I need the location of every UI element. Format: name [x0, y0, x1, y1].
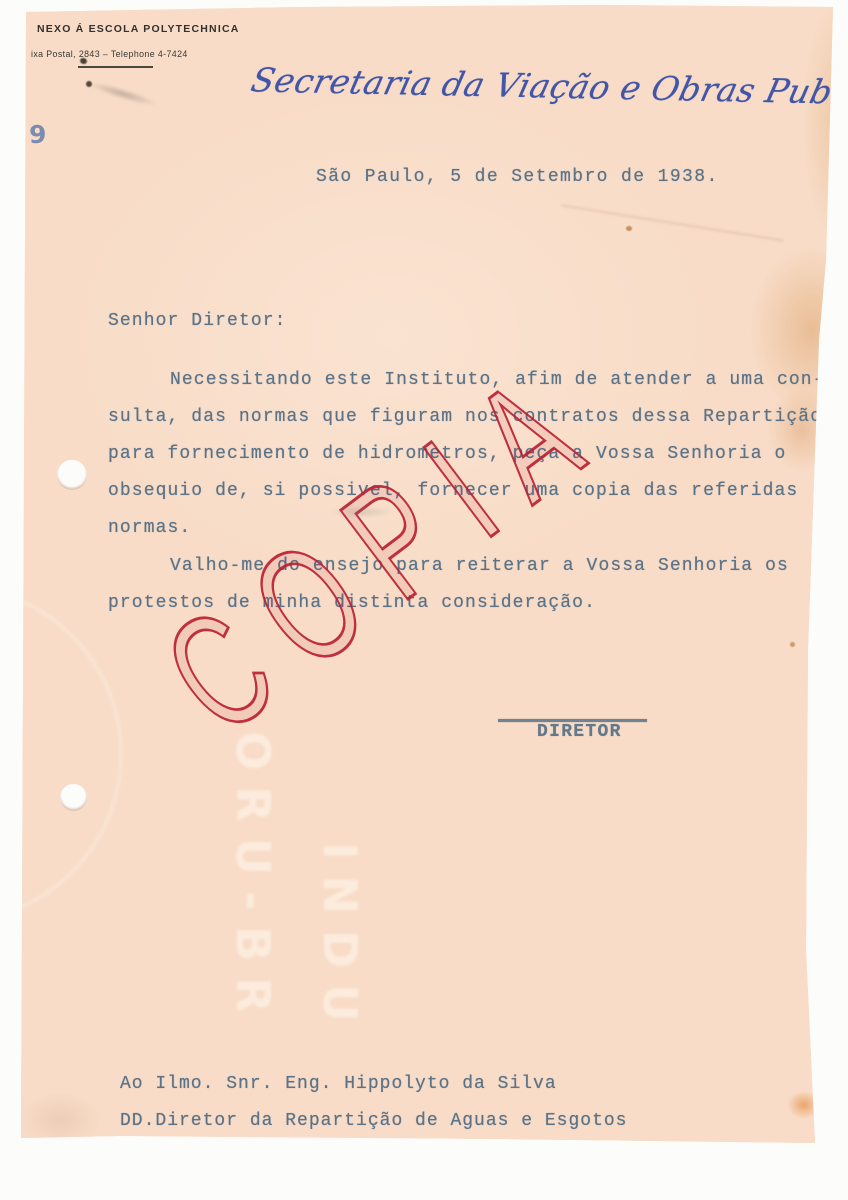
- punch-hole-top: [57, 460, 87, 490]
- body-line: normas.: [108, 518, 191, 538]
- signature-title: DIRETOR: [537, 722, 622, 742]
- erasure-mark: [326, 505, 396, 519]
- dateline: São Paulo, 5 de Setembro de 1938.: [316, 167, 719, 187]
- letterhead-rule: [78, 66, 153, 68]
- addressee-line1: Ao Ilmo. Snr. Eng. Hippolyto da Silva: [120, 1074, 557, 1094]
- letterhead-line2: ixa Postal, 2843 – Telephone 4-7424: [31, 49, 188, 59]
- scanned-letter: ORU-BR INDU NEXO Á ESCOLA POLYTECHNICA i…: [0, 0, 848, 1200]
- handwritten-heading: Secretaria da Viação e Obras Publicas: [248, 60, 797, 110]
- pencil-smudge: [83, 77, 163, 112]
- paper-watermark-arc: [0, 585, 123, 923]
- salutation: Senhor Diretor:: [108, 311, 287, 331]
- paper-crease: [561, 204, 784, 241]
- copia-stamp-text: COPIA: [133, 326, 637, 770]
- staple-mark: [86, 81, 92, 87]
- letter-page: ORU-BR INDU NEXO Á ESCOLA POLYTECHNICA i…: [0, 0, 848, 1200]
- page-number: 9: [29, 120, 46, 149]
- foxing-spot: [790, 642, 795, 647]
- addressee-line2: DD.Diretor da Repartição de Aguas e Esgo…: [120, 1111, 627, 1131]
- letterhead-line1: NEXO Á ESCOLA POLYTECHNICA: [37, 23, 240, 35]
- paper-watermark-column2: INDU: [297, 810, 367, 1070]
- foxing-spot: [626, 226, 632, 231]
- punch-hole-bottom: [60, 784, 87, 811]
- foxing-spot: [838, 443, 844, 449]
- scan-edge-artifact: [25, 3, 35, 10]
